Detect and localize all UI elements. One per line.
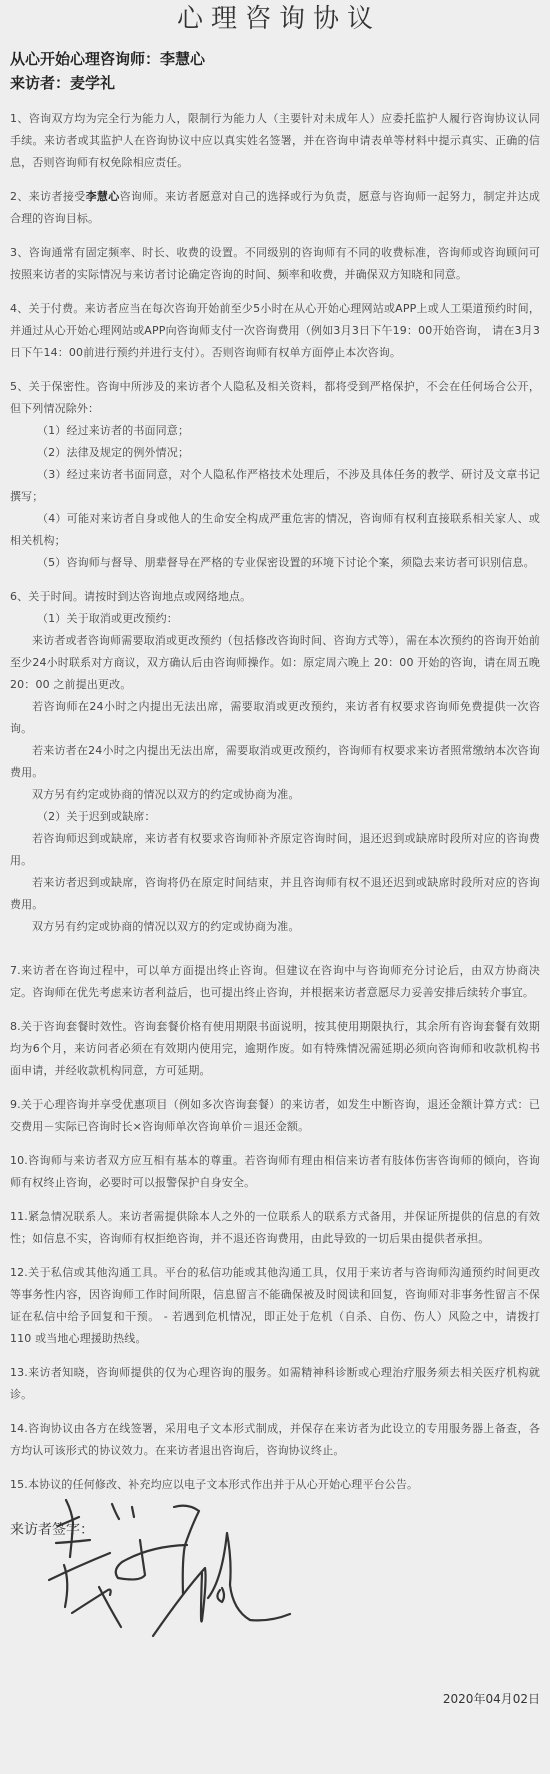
clause-13-text: 13.来访者知晓，咨询师提供的仅为心理咨询的服务。如需精神科诊断或心理治疗服务须… — [10, 1362, 540, 1406]
agreement-document: 心理咨询协议 从心开始心理咨询师：李慧心 来访者：麦学礼 1、咨询双方均为完全行… — [0, 0, 550, 1542]
clause-6-subtitle-late: （2）关于迟到或缺席： — [10, 806, 540, 828]
visitor-heading: 来访者：麦学礼 — [10, 71, 540, 95]
clause-5: 5、关于保密性。咨询中所涉及的来访者个人隐私及相关资料，都将受到严格保护，不会在… — [10, 376, 540, 574]
agreement-clauses: 1、咨询双方均为完全行为能力人，限制行为能力人（主要针对未成年人）应委托监护人履… — [10, 108, 540, 1496]
clause-14: 14.咨询协议由各方在线签署，采用电子文本形式制成，并保存在来访者为此设立的专用… — [10, 1418, 540, 1462]
clause-5-item: （1）经过来访者的书面同意； — [10, 420, 540, 442]
clause-2-text: 2、来访者接受李慧心咨询师。来访者愿意对自己的选择或行为负责，愿意与咨询师一起努… — [10, 186, 540, 230]
clause-13: 13.来访者知晓，咨询师提供的仅为心理咨询的服务。如需精神科诊断或心理治疗服务须… — [10, 1362, 540, 1406]
counselor-heading: 从心开始心理咨询师：李慧心 — [10, 47, 540, 71]
clause-6-late-paragraph: 若来访者迟到或缺席，咨询将仍在原定时间结束，并且咨询师有权不退还迟到或缺席时段所… — [10, 872, 540, 916]
clause-8: 8.关于咨询套餐时效性。咨询套餐价格有使用期限书面说明，按其使用期限执行，其余所… — [10, 1016, 540, 1082]
clause-5-item: （2）法律及规定的例外情况； — [10, 442, 540, 464]
clause-1: 1、咨询双方均为完全行为能力人，限制行为能力人（主要针对未成年人）应委托监护人履… — [10, 108, 540, 174]
clause-6-cancel-paragraph: 双方另有约定或协商的情况以双方的约定或协商为准。 — [10, 784, 540, 806]
clause-10: 10.咨询师与来访者双方应互相有基本的尊重。若咨询师有理由相信来访者有肢体伤害咨… — [10, 1150, 540, 1194]
clause-3: 3、咨询通常有固定频率、时长、收费的设置。不同级别的咨询师有不同的收费标准，咨询… — [10, 242, 540, 286]
clause-6-late-paragraph: 若咨询师迟到或缺席，来访者有权要求咨询师补齐原定咨询时间，退还迟到或缺席时段所对… — [10, 828, 540, 872]
clause-5-item: （4）可能对来访者自身或他人的生命安全构成严重危害的情况，咨询师有权利直接联系相… — [10, 508, 540, 552]
clause-9-text: 9.关于心理咨询并享受优惠项目（例如多次咨询套餐）的来访者，如发生中断咨询，退还… — [10, 1094, 540, 1138]
clause-1-text: 1、咨询双方均为完全行为能力人，限制行为能力人（主要针对未成年人）应委托监护人履… — [10, 108, 540, 174]
clause-6-late-paragraph: 双方另有约定或协商的情况以双方的约定或协商为准。 — [10, 916, 540, 938]
clause-6-intro: 6、关于时间。请按时到达咨询地点或网络地点。 — [10, 586, 540, 608]
clause-6-cancel-paragraph: 来访者或者咨询师需要取消或更改预约（包括修改咨询时间、咨询方式等），需在本次预约… — [10, 630, 540, 696]
signature-label: 来访者签字： — [10, 1518, 540, 1542]
clause-6-cancel-paragraph: 若咨询师在24小时之内提出无法出席，需要取消或更改预约，来访者有权要求咨询师免费… — [10, 696, 540, 740]
clause-11: 11.紧急情况联系人。来访者需提供除本人之外的一位联系人的联系方式备用，并保证所… — [10, 1206, 540, 1250]
clause-3-text: 3、咨询通常有固定频率、时长、收费的设置。不同级别的咨询师有不同的收费标准，咨询… — [10, 242, 540, 286]
clause-9: 9.关于心理咨询并享受优惠项目（例如多次咨询套餐）的来访者，如发生中断咨询，退还… — [10, 1094, 540, 1138]
clause-8-text: 8.关于咨询套餐时效性。咨询套餐价格有使用期限书面说明，按其使用期限执行，其余所… — [10, 1016, 540, 1082]
clause-2: 2、来访者接受李慧心咨询师。来访者愿意对自己的选择或行为负责，愿意与咨询师一起努… — [10, 186, 540, 230]
clause-14-text: 14.咨询协议由各方在线签署，采用电子文本形式制成，并保存在来访者为此设立的专用… — [10, 1418, 540, 1462]
clause-6: 6、关于时间。请按时到达咨询地点或网络地点。 （1）关于取消或更改预约： 来访者… — [10, 586, 540, 938]
clause-5-item: （5）咨询师与督导、朋辈督导在严格的专业保密设置的环境下讨论个案，须隐去来访者可… — [10, 552, 540, 574]
clause-12-text: 12.关于私信或其他沟通工具。平台的私信功能或其他沟通工具，仅用于来访者与咨询师… — [10, 1262, 540, 1350]
clause-15-text: 15.本协议的任何修改、补充均应以电子文本形式作出并于从心开始心理平台公告。 — [10, 1474, 540, 1496]
clause-5-item: （3）经过来访者书面同意，对个人隐私作严格技术处理后，不涉及具体任务的教学、研讨… — [10, 464, 540, 508]
clause-15: 15.本协议的任何修改、补充均应以电子文本形式作出并于从心开始心理平台公告。 — [10, 1474, 540, 1496]
signature-date: 2020年04月02日 — [443, 1690, 540, 1707]
clause-7-text: 7.来访者在咨询过程中，可以单方面提出终止咨询。但建议在咨询中与咨询师充分讨论后… — [10, 960, 540, 1004]
clause-12: 12.关于私信或其他沟通工具。平台的私信功能或其他沟通工具，仅用于来访者与咨询师… — [10, 1262, 540, 1350]
clause-5-intro: 5、关于保密性。咨询中所涉及的来访者个人隐私及相关资料，都将受到严格保护，不会在… — [10, 376, 540, 420]
clause-4: 4、关于付费。来访者应当在每次咨询开始前至少5小时在从心开始心理网站或APP上或… — [10, 298, 540, 364]
clause-4-text: 4、关于付费。来访者应当在每次咨询开始前至少5小时在从心开始心理网站或APP上或… — [10, 298, 540, 364]
clause-7: 7.来访者在咨询过程中，可以单方面提出终止咨询。但建议在咨询中与咨询师充分讨论后… — [10, 960, 540, 1004]
clause-2-prefix: 2、来访者接受 — [10, 190, 86, 203]
clause-10-text: 10.咨询师与来访者双方应互相有基本的尊重。若咨询师有理由相信来访者有肢体伤害咨… — [10, 1150, 540, 1194]
page-title: 心理咨询协议 — [10, 0, 540, 36]
counselor-name-emphasis: 李慧心 — [86, 190, 120, 203]
clause-11-text: 11.紧急情况联系人。来访者需提供除本人之外的一位联系人的联系方式备用，并保证所… — [10, 1206, 540, 1250]
clause-6-subtitle-cancel: （1）关于取消或更改预约： — [10, 608, 540, 630]
clause-6-cancel-paragraph: 若来访者在24小时之内提出无法出席，需要取消或更改预约，咨询师有权要求来访者照常… — [10, 740, 540, 784]
